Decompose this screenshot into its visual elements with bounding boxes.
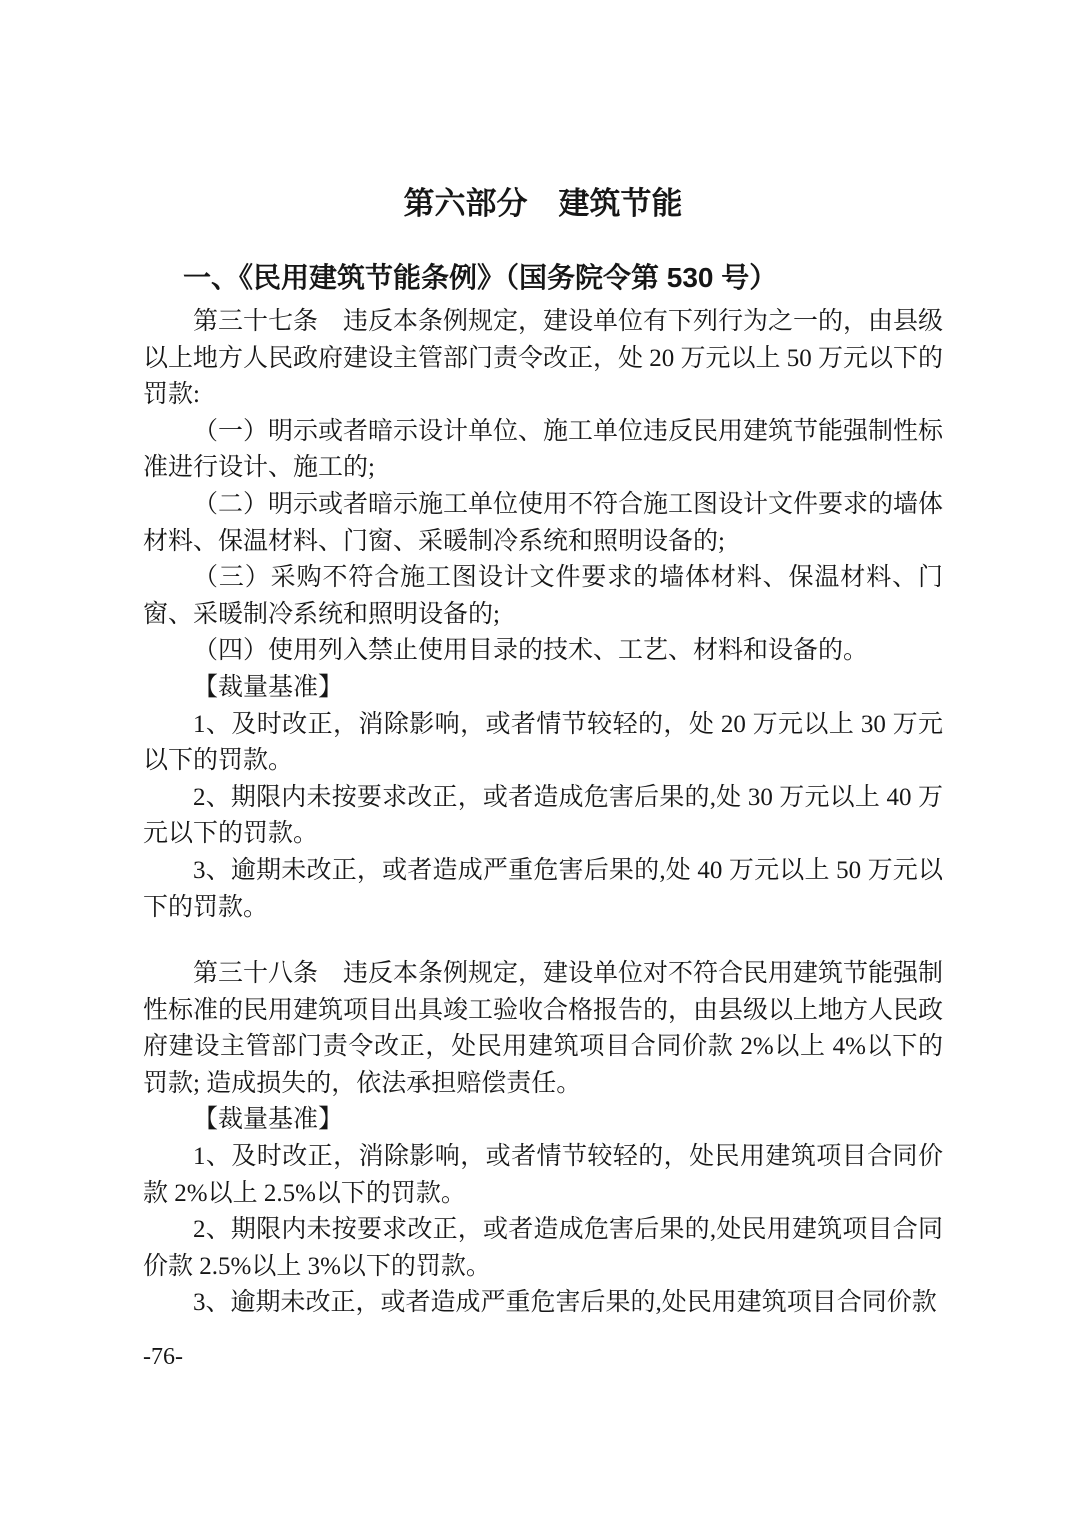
basis-label: 【裁量基准】 [143,1102,943,1139]
document-body: 第三十七条 违反本条例规定，建设单位有下列行为之一的，由县级以上地方人民政府建设… [143,304,943,1322]
paragraph: 3、逾期未改正，或者造成严重危害后果的,处民用建筑项目合同价款 [143,1285,943,1322]
paragraph: （一）明示或者暗示设计单位、施工单位违反民用建筑节能强制性标准进行设计、施工的; [143,414,943,487]
document-content: 第六部分 建筑节能 一、《民用建筑节能条例》（国务院令第 530 号） 第三十七… [143,0,943,1322]
document-page: 第六部分 建筑节能 一、《民用建筑节能条例》（国务院令第 530 号） 第三十七… [0,0,1075,1520]
paragraph: 第三十七条 违反本条例规定，建设单位有下列行为之一的，由县级以上地方人民政府建设… [143,304,943,414]
paragraph: 3、逾期未改正，或者造成严重危害后果的,处 40 万元以上 50 万元以下的罚款… [143,853,943,926]
paragraph: （三）采购不符合施工图设计文件要求的墙体材料、保温材料、门窗、采暖制冷系统和照明… [143,560,943,633]
paragraph: 第三十八条 违反本条例规定，建设单位对不符合民用建筑节能强制性标准的民用建筑项目… [143,956,943,1102]
paragraph: （二）明示或者暗示施工单位使用不符合施工图设计文件要求的墙体材料、保温材料、门窗… [143,487,943,560]
paragraph: 1、及时改正，消除影响，或者情节较轻的，处民用建筑项目合同价款 2%以上 2.5… [143,1139,943,1212]
paragraph: 1、及时改正，消除影响，或者情节较轻的，处 20 万元以上 30 万元以下的罚款… [143,707,943,780]
paragraph: 2、期限内未按要求改正，或者造成危害后果的,处民用建筑项目合同价款 2.5%以上… [143,1212,943,1285]
basis-label: 【裁量基准】 [143,670,943,707]
page-title: 第六部分 建筑节能 [143,186,943,222]
paragraph: 2、期限内未按要求改正，或者造成危害后果的,处 30 万元以上 40 万元以下的… [143,780,943,853]
paragraph: （四）使用列入禁止使用目录的技术、工艺、材料和设备的。 [143,633,943,670]
section-heading: 一、《民用建筑节能条例》（国务院令第 530 号） [143,258,943,298]
page-number: -76- [143,1342,183,1372]
